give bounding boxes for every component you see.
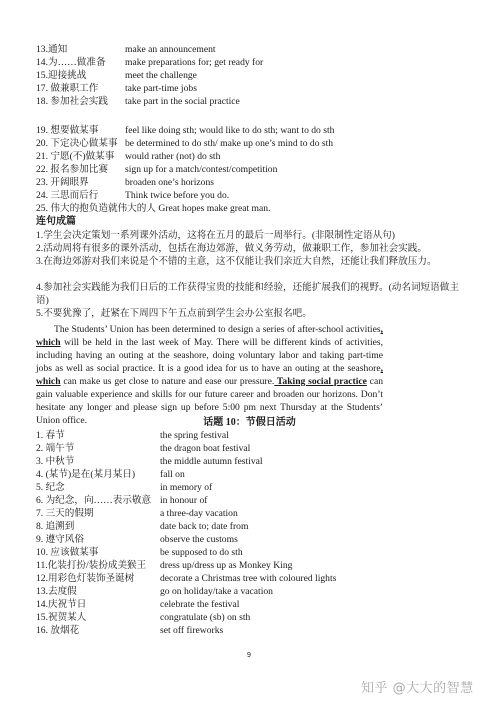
vocab-chinese: 7. 三天的假期 — [36, 507, 94, 520]
vocab-english: dress up/dress up as Monkey King — [160, 559, 292, 572]
vocab-chinese: 15.迎接挑战 — [36, 69, 86, 82]
vocab-chinese: 19. 想要做某事 — [36, 124, 98, 137]
vocab-chinese: 17. 做兼职工作 — [36, 82, 98, 95]
vocab-english: decorate a Christmas tree with coloured … — [160, 572, 336, 585]
vocab-item: 9. 遵守风俗observe the customs — [36, 533, 84, 546]
vocab-english: the middle autumn festival — [160, 455, 263, 468]
vocab-english: make preparations for; get ready for — [125, 56, 263, 69]
vocab-item: 22. 报名参加比赛sign up for a match/contest/co… — [36, 163, 108, 176]
vocab-item: 18. 参加社会实践take part in the social practi… — [36, 95, 108, 108]
vocab-english: fall on — [160, 468, 185, 481]
vocab-chinese: 24. 三思而后行 — [36, 189, 98, 202]
sentence: 3.在海边郊游对我们来说是个不错的主意，这不仅能让我们亲近大自然，还能让我们释放… — [36, 255, 462, 268]
vocab-chinese: 14.为……做准备 — [36, 56, 106, 69]
vocab-chinese: 11.化装打扮/装扮成美猴王 — [36, 559, 146, 572]
vocab-english: the dragon boat festival — [160, 442, 250, 455]
vocab-english: in honour of — [160, 494, 207, 507]
vocab-item: 8. 追溯到date back to; date from — [36, 520, 74, 533]
vocab-english: go on holiday/take a vacation — [160, 585, 273, 598]
vocab-english: make an announcement — [125, 43, 216, 56]
essay-paragraph: The Students’ Union has been determined … — [36, 323, 383, 427]
document-page: 13.通知make an announcement 14.为……做准备make … — [0, 0, 499, 707]
vocab-chinese: 6. 为纪念，向……表示敬意 — [36, 494, 151, 507]
vocab-item: 14.庆祝节日celebrate the festival — [36, 598, 86, 611]
vocab-item: 5. 纪念in memory of — [36, 481, 65, 494]
vocab-item: 25. 伟大的抱负造就伟大的人 Great hopes make great m… — [36, 202, 270, 215]
vocab-chinese: 14.庆祝节日 — [36, 598, 86, 611]
vocab-chinese: 21. 宁愿(不)做某事 — [36, 150, 114, 163]
sentence: 5.不要犹豫了，赶紧在下周四下午五点前到学生会办公室报名吧。 — [36, 307, 462, 320]
vocab-chinese: 9. 遵守风俗 — [36, 533, 84, 546]
vocab-english: feel like doing sth; would like to do st… — [125, 124, 334, 137]
vocab-chinese: 15.祝贺某人 — [36, 611, 86, 624]
vocab-chinese: 22. 报名参加比赛 — [36, 163, 108, 176]
vocab-english: be supposed to do sth — [160, 546, 243, 559]
vocab-chinese: 8. 追溯到 — [36, 520, 74, 533]
vocab-chinese: 4. (某节)是在(某月某日) — [36, 468, 135, 481]
vocab-item: 14.为……做准备make preparations for; get read… — [36, 56, 106, 69]
vocab-item: 3. 中秋节the middle autumn festival — [36, 455, 74, 468]
section-heading: 连句成篇 — [36, 215, 76, 228]
vocab-english: meet the challenge — [125, 69, 197, 82]
vocab-item: 4. (某节)是在(某月某日)fall on — [36, 468, 135, 481]
vocab-chinese: 23. 开阔眼界 — [36, 176, 89, 189]
vocab-item: 13.通知make an announcement — [36, 43, 67, 56]
vocab-english: take part in the social practice — [125, 95, 240, 108]
vocab-chinese: 20. 下定决心做某事 — [36, 137, 118, 150]
vocab-chinese: 3. 中秋节 — [36, 455, 74, 468]
vocab-item: 15.祝贺某人congratulate (sb) on sth — [36, 611, 86, 624]
vocab-chinese: 16. 放烟花 — [36, 624, 79, 637]
vocab-english: observe the customs — [160, 533, 238, 546]
vocab-item: 13.去度假go on holiday/take a vacation — [36, 585, 77, 598]
vocab-item: 19. 想要做某事feel like doing sth; would like… — [36, 124, 98, 137]
watermark: 知乎 @大大的智慧 — [361, 677, 474, 696]
vocab-english: a three-day vacation — [160, 507, 238, 520]
paragraph-text: can make us get close to nature and ease… — [61, 376, 275, 387]
paragraph-text: The Students’ Union has been determined … — [54, 324, 381, 335]
vocab-english: congratulate (sb) on sth — [160, 611, 250, 624]
vocab-english: in memory of — [160, 481, 212, 494]
topic-title: 话题 10：节假日活动 — [0, 416, 499, 429]
vocab-english: set off fireworks — [160, 624, 223, 637]
vocab-item: 6. 为纪念，向……表示敬意in honour of — [36, 494, 151, 507]
sentence: 4.参加社会实践能为我们日后的工作获得宝贵的技能和经验，还能扩展我们的视野。(动… — [36, 281, 462, 307]
vocab-english: broaden one’s horizons — [125, 176, 214, 189]
vocab-english: celebrate the festival — [160, 598, 239, 611]
vocab-item: 10. 应该做某事be supposed to do sth — [36, 546, 98, 559]
vocab-item: 12.用彩色灯装饰圣诞树decorate a Christmas tree wi… — [36, 572, 134, 585]
vocab-item: 11.化装打扮/装扮成美猴王dress up/dress up as Monke… — [36, 559, 146, 572]
vocab-item: 2. 端午节the dragon boat festival — [36, 442, 74, 455]
vocab-chinese: 10. 应该做某事 — [36, 546, 98, 559]
vocab-item: 15.迎接挑战meet the challenge — [36, 69, 86, 82]
vocab-chinese: 5. 纪念 — [36, 481, 65, 494]
paragraph-text: will be held in the last week of May. Th… — [36, 337, 383, 374]
highlight-gerund-subject: Taking social practice — [274, 376, 367, 387]
vocab-item: 7. 三天的假期a three-day vacation — [36, 507, 94, 520]
sentence: 1.学生会决定策划一系列课外活动，这将在五月的最后一周举行。(非限制性定语从句) — [36, 229, 462, 242]
vocab-english: be determined to do sth/ make up one’s m… — [125, 137, 333, 150]
sentence: 2.活动周将有很多的课外活动，包括在海边郊游，做义务劳动，做兼职工作，参加社会实… — [36, 242, 462, 255]
vocab-item: 16. 放烟花set off fireworks — [36, 624, 79, 637]
vocab-english: would rather (not) do sth — [125, 150, 220, 163]
vocab-english: sign up for a match/contest/competition — [125, 163, 277, 176]
vocab-item: 20. 下定决心做某事be determined to do sth/ make… — [36, 137, 118, 150]
vocab-english: date back to; date from — [160, 520, 248, 533]
vocab-chinese: 13.通知 — [36, 43, 67, 56]
page-number: 9 — [247, 652, 251, 659]
vocab-english: Think twice before you do. — [125, 189, 229, 202]
vocab-chinese: 2. 端午节 — [36, 442, 74, 455]
vocab-item: 21. 宁愿(不)做某事would rather (not) do sth — [36, 150, 114, 163]
vocab-item: 23. 开阔眼界broaden one’s horizons — [36, 176, 89, 189]
vocab-chinese: 13.去度假 — [36, 585, 77, 598]
vocab-item: 24. 三思而后行Think twice before you do. — [36, 189, 98, 202]
vocab-chinese: 1. 春节 — [36, 429, 65, 442]
vocab-chinese: 18. 参加社会实践 — [36, 95, 108, 108]
vocab-english: the spring festival — [160, 429, 229, 442]
vocab-item: 17. 做兼职工作take part-time jobs — [36, 82, 98, 95]
vocab-chinese: 12.用彩色灯装饰圣诞树 — [36, 572, 134, 585]
vocab-item: 1. 春节the spring festival — [36, 429, 65, 442]
vocab-english: take part-time jobs — [125, 82, 197, 95]
